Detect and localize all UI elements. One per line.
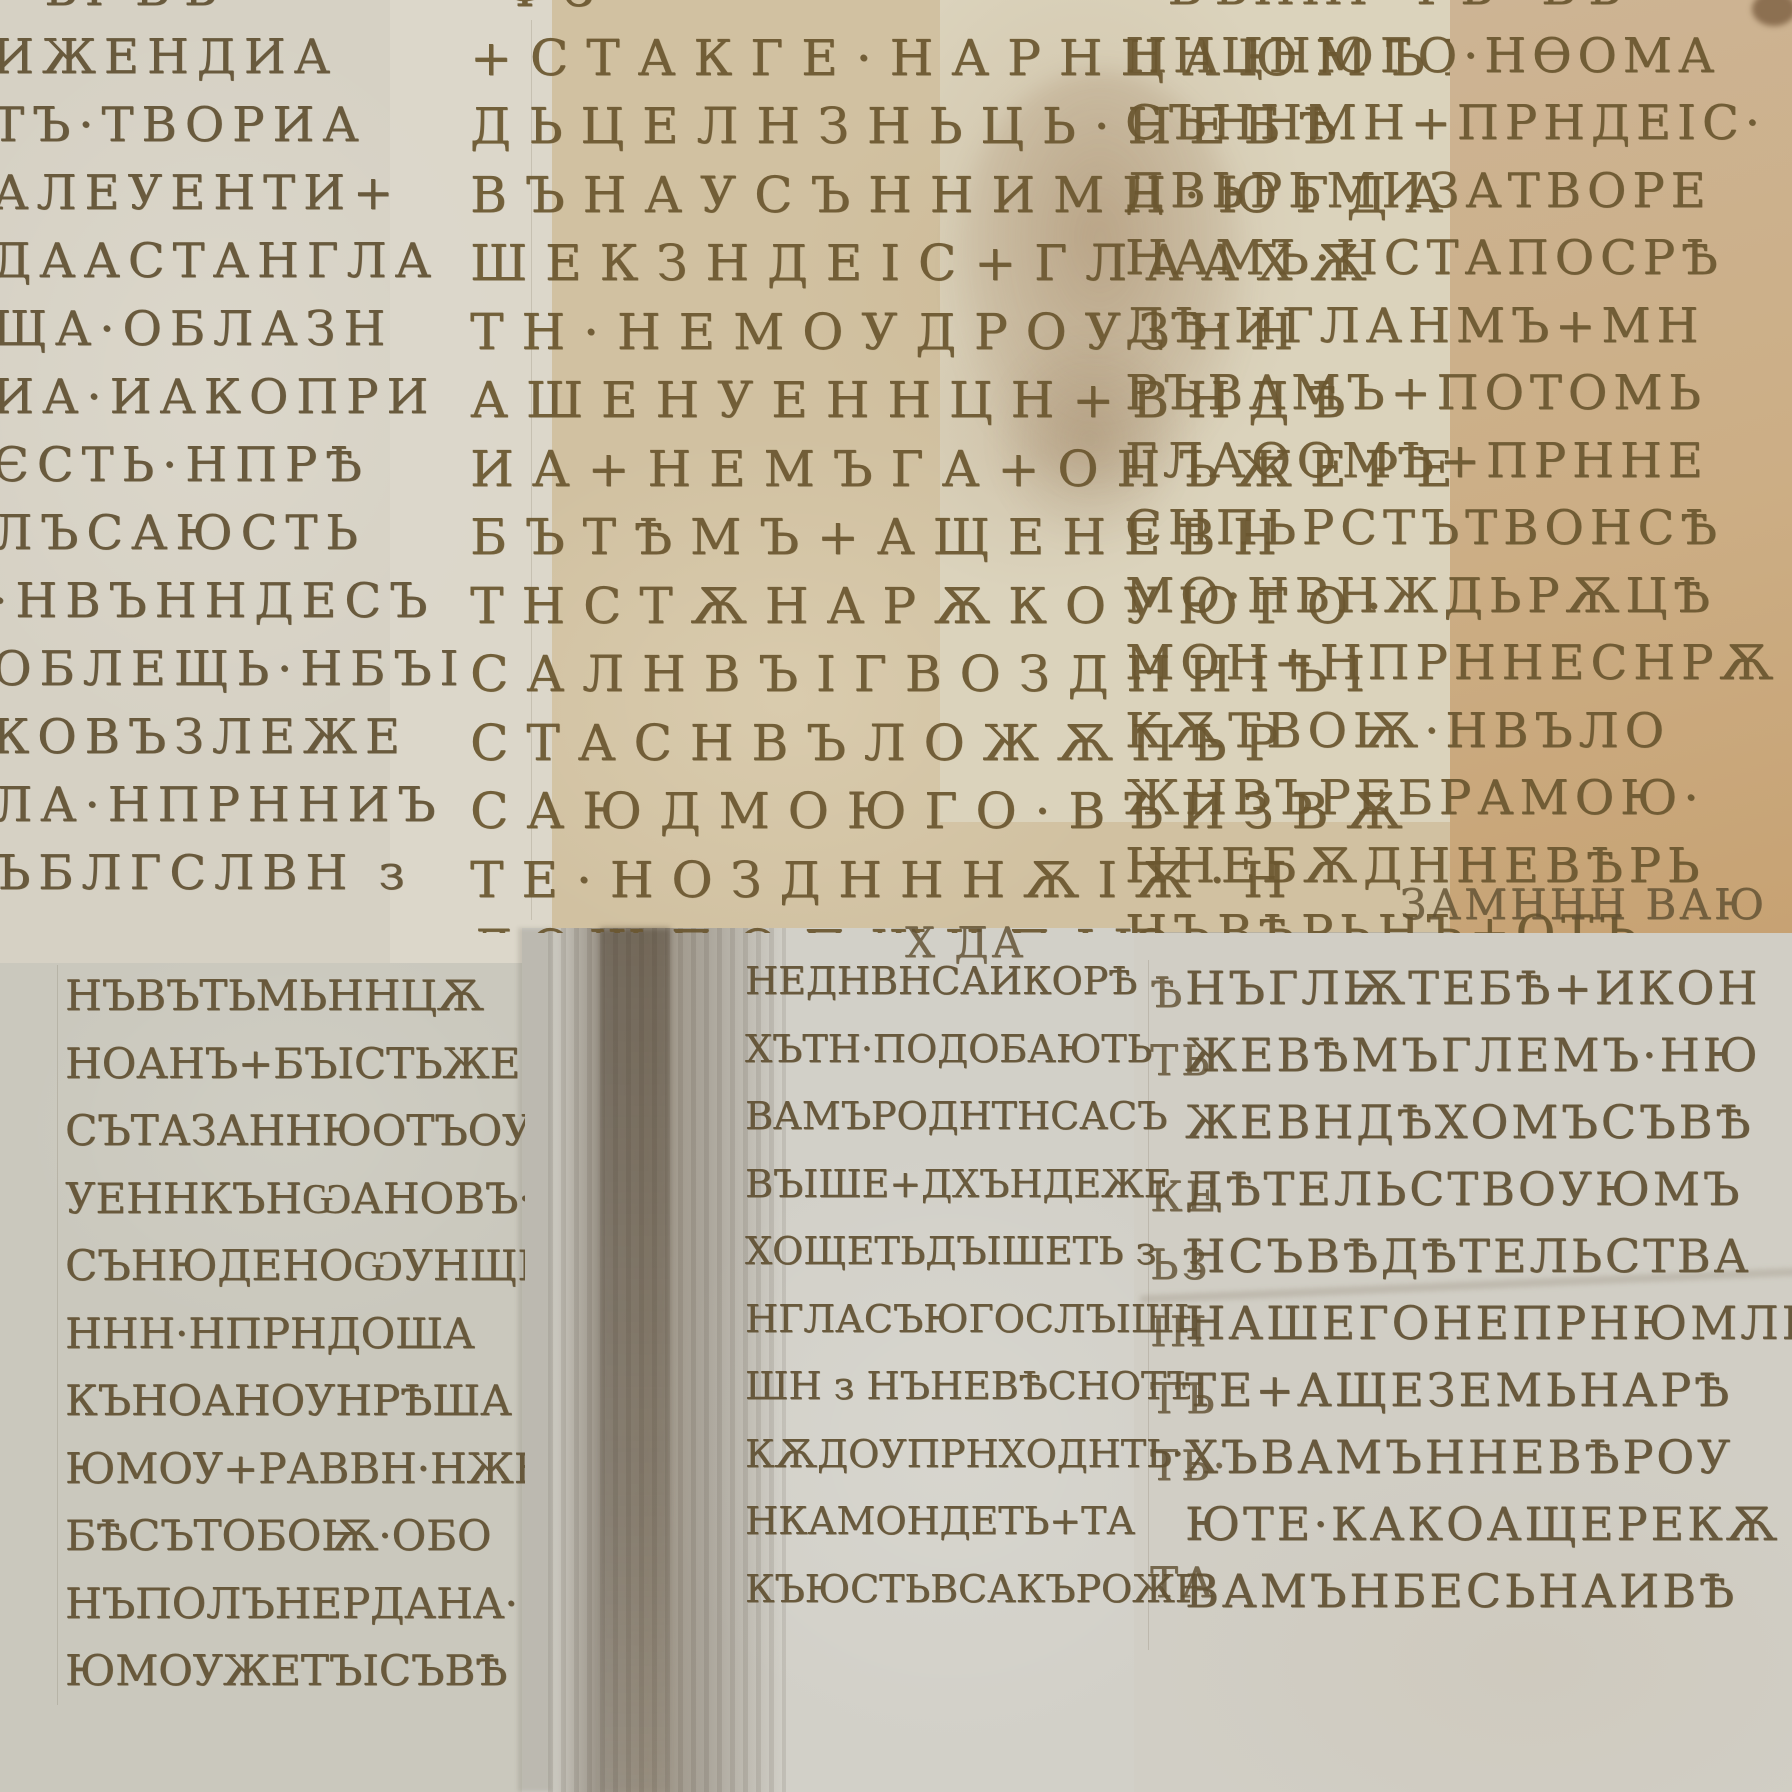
- text-line: НЪВЪТЬМЬННЦѪ: [65, 962, 525, 1030]
- text-line: НСЪВѢДѢТЕЛЬСТВА: [1185, 1223, 1792, 1290]
- seam-fragment: ТЬ·: [1150, 1441, 1229, 1490]
- text-line: ХЪТН·ПОДОБАЮТЬ: [745, 1016, 1190, 1084]
- text-line: СНПЬРСТЪТВОНСѢ: [1125, 495, 1792, 563]
- text-line: МО·НВНЖДЬРѪЦѢ: [1125, 563, 1792, 631]
- text-line: ВЪІШЕ+ДХЪНДЕЖЕ: [745, 1151, 1190, 1219]
- text-column-top-right: ВЪННІ РЪ ВЪННЦНЮГО·НѲОМАСЪННМН+ПРНДЕІС·Д…: [1125, 0, 1792, 933]
- text-line: СЪТАЗАННЮОТЪОУ: [65, 1097, 525, 1165]
- text-line: СЪНЮДЕНОѠУНЩЕ: [65, 1232, 525, 1300]
- seam-fragment: ЬЗ: [1150, 1240, 1210, 1289]
- seam-fragment: ТЬ: [1150, 1036, 1212, 1085]
- text-line: КЪНОАНОУНРѢША: [65, 1367, 525, 1435]
- seam-fragment: Х ДА: [905, 918, 1026, 967]
- text-line: ЖНВЪРЕБРАМОЮ·: [1125, 765, 1792, 833]
- text-column-bottom-middle: НЕДНВНСАИКОРѢХЪТН·ПОДОБАЮТЬВАМЪРОДНТНСАС…: [745, 948, 1190, 1648]
- manuscript-page: ЪІ ВЪИЖЕНДИАТЪ·ТВОРИААЛЕУЕНТИ+ДААСТАНГЛА…: [0, 0, 1792, 1792]
- text-line: ДВЬРЬМИЗАТВОРЕ: [1125, 158, 1792, 226]
- text-line: ЮТЕ·КАКОАЩЕРЕКѪ: [1185, 1491, 1792, 1558]
- text-line: ВАМЪРОДНТНСАСЪ: [745, 1083, 1190, 1151]
- seam-fragment: КЕ: [1150, 1172, 1219, 1221]
- text-line: МОН+НПРННЕСНРѪ: [1125, 630, 1792, 698]
- seam-fragment: ІН: [1150, 1307, 1209, 1356]
- text-line: ТЕ+АЩЕЗЕМЬНАРѢ: [1185, 1357, 1792, 1424]
- text-line: НАМЪ·НСТАПОСРѢ: [1125, 225, 1792, 293]
- text-line: СЪННМН+ПРНДЕІС·: [1125, 90, 1792, 158]
- text-line: ЮМОУ+РАВВН·НЖЕ: [65, 1435, 525, 1503]
- seam-fragment: ТЪ: [1150, 1374, 1217, 1423]
- text-line: НКАМОНДЕТЬ+ТА: [745, 1488, 1190, 1556]
- seam-fragment: ТА: [1150, 1558, 1216, 1607]
- text-line: ННЦНЮГО·НѲОМА: [1125, 23, 1792, 91]
- text-line: ХЪВАМЪННЕВѢРОУ: [1185, 1424, 1792, 1491]
- text-line: КЪЮСТЬВСАКЪРОЖЕ: [745, 1556, 1190, 1624]
- text-column-bottom-right: НЪГЛѬТЕБѢ+ИКОНЖЕВѢМЪГЛЕМЪ·НЮЖЕВНДѢХОМЪСЪ…: [1185, 955, 1792, 1665]
- text-line: УЕННКЪНѠАНОВЪ·: [65, 1165, 525, 1233]
- seam-fragment: ЗАМННН ВАЮ: [1400, 880, 1767, 929]
- text-line: ВАМЪНБЕСЬНАИВѢ: [1185, 1558, 1792, 1625]
- text-line: НАШЕГОНЕПРНЮМЛН: [1185, 1290, 1792, 1357]
- book-gutter-shadow: [600, 928, 670, 1792]
- text-line: ННН·НПРНДОША: [65, 1300, 525, 1368]
- text-line: НГЛАСЪЮГОСЛЪІШН: [745, 1286, 1190, 1354]
- text-column-bottom-left: НЪВЪТЬМЬННЦѪНОАНЪ+БЪІСТЬЖЕСЪТАЗАННЮОТЪОУ…: [65, 962, 525, 1792]
- text-line: ГЛАѲОМѢ+ПРННЕ: [1125, 428, 1792, 496]
- text-line: НОАНЪ+БЪІСТЬЖЕ: [65, 1030, 525, 1098]
- text-line: ШН з НЪНЕВѢСНОТЪ: [745, 1353, 1190, 1421]
- text-line: ВЪННІ РЪ ВЪ: [1125, 0, 1792, 23]
- text-line: ЮМОУЖЕТЪІСЪВѢ: [65, 1637, 525, 1705]
- text-line: НЪПОЛЪНЕРДАНА·: [65, 1570, 525, 1638]
- text-line: ЖЕВѢМЪГЛЕМЪ·НЮ: [1185, 1022, 1792, 1089]
- text-line: ДѢТЕЛЬСТВОУЮМЪ: [1185, 1156, 1792, 1223]
- seam-fragment: Ѣ: [1150, 968, 1185, 1017]
- ruling-line: [57, 965, 58, 1705]
- text-line: ХОЩЕТЬДЪІШЕТЬ з: [745, 1218, 1190, 1286]
- text-line: НЪГЛѬТЕБѢ+ИКОН: [1185, 955, 1792, 1022]
- text-line: БѢСЪТОБОѬ·ОБО: [65, 1502, 525, 1570]
- text-line: ЖЕВНДѢХОМЪСЪВѢ: [1185, 1089, 1792, 1156]
- text-line: РЪВАМЪ+ПОТОМЬ: [1125, 360, 1792, 428]
- text-line: КѪДОУПРНХОДНТЬ·: [745, 1421, 1190, 1489]
- text-line: ДѢ·ИГЛАНМЪ+МН: [1125, 293, 1792, 361]
- text-line: КѪТВОѬ·НВЪЛО: [1125, 698, 1792, 766]
